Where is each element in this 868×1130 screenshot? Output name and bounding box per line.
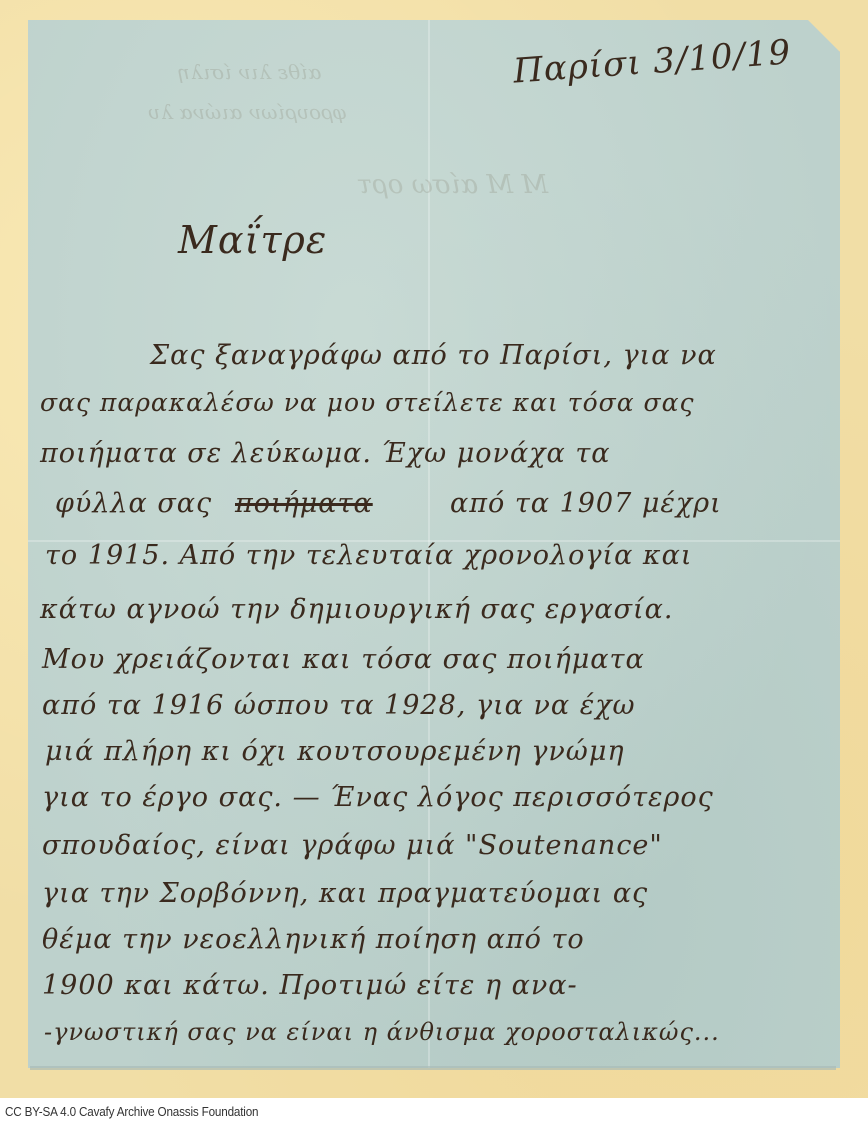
letter-line: για το έργο σας. — Ένας λόγος περισσότερ… (42, 782, 714, 813)
letter-line: Μου χρειάζονται και τόσα σας ποιήματα (42, 644, 645, 675)
letter-line: μιά πλήρη κι όχι κουτσουρεμένη γνώμη (45, 736, 625, 767)
letter-line: για την Σορβόννη, και πραγματεύομαι ας (42, 878, 648, 909)
letter-line: σας παρακαλέσω να μου στείλετε και τόσα … (40, 388, 695, 417)
letter-line: θέμα την νεοελληνική ποίηση από το (42, 924, 585, 955)
letter-line: φύλλα σας (55, 488, 212, 519)
scan-background: αίθε λιν ίσιλη φρουρίων αιώνα λυ Μ Μ αίσ… (0, 0, 868, 1098)
struck-word: ποιήματα (235, 488, 373, 519)
letter-line: -γνωστική σας να είναι η άνθισμα χοροστα… (44, 1018, 720, 1046)
letter-line: Σας ξαναγράφω από το Παρίσι, για να (150, 340, 717, 371)
letter-line: ποιήματα σε λεύκωμα. Έχω μονάχα τα (40, 438, 611, 469)
paper-edge (30, 1066, 836, 1070)
license-caption: CC BY-SA 4.0 Cavafy Archive Onassis Foun… (5, 1104, 258, 1119)
letter-line: από τα 1907 μέχρι (450, 488, 722, 519)
letter-line: το 1915. Από την τελευταία χρονολογία κα… (45, 540, 692, 571)
letter-line: από τα 1916 ώσπου τα 1928, για να έχω (42, 690, 636, 721)
bleed-through-text: Μ Μ αίσω ορτ (358, 170, 548, 200)
letter-line: σπουδαίος, είναι γράφω μιά "Soutenance" (42, 830, 663, 861)
letter-line: 1900 και κάτω. Προτιμώ είτε η ανα- (42, 970, 578, 1001)
letter-line: κάτω αγνοώ την δημιουργική σας εργασία. (40, 594, 673, 625)
bleed-through-text: αίθε λιν ίσιλη (178, 60, 322, 84)
bleed-through-text: φρουρίων αιώνα λυ (148, 100, 347, 124)
letter-salutation: Μαΐτρε (178, 218, 327, 262)
